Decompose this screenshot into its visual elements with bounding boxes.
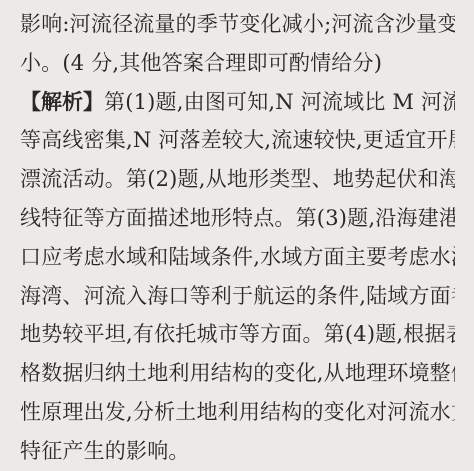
text-line-content: 影响:河流径流量的季节变化减小;河流含沙量变 <box>20 12 455 36</box>
text-line-content: 第(1)题,由图可知,N 河流域比 M 河流域 <box>104 90 455 114</box>
text-line: 线特征等方面描述地形特点。第(3)题,沿海建港 <box>20 199 455 238</box>
text-line: 海湾、河流入海口等利于航运的条件,陆域方面考虑 <box>20 277 455 316</box>
text-line: 【解析】第(1)题,由图可知,N 河流域比 M 河流域 <box>20 83 455 122</box>
text-line-content: 地势较平坦,有依托城市等方面。第(4)题,根据表 <box>20 322 455 346</box>
text-line: 地势较平坦,有依托城市等方面。第(4)题,根据表 <box>20 315 455 354</box>
text-line: 格数据归纳土地利用结构的变化,从地理环境整体 <box>20 354 455 393</box>
text-line-content: 性原理出发,分析土地利用结构的变化对河流水文 <box>20 400 455 424</box>
text-line-content: 线特征等方面描述地形特点。第(3)题,沿海建港 <box>20 206 455 230</box>
text-line-content: 格数据归纳土地利用结构的变化,从地理环境整体 <box>20 361 455 385</box>
text-line-content: 海湾、河流入海口等利于航运的条件,陆域方面考虑 <box>20 284 455 308</box>
text-line-content: 小。(4 分,其他答案合理即可酌情给分) <box>20 51 382 75</box>
text-line-content: 漂流活动。第(2)题,从地形类型、地势起伏和海岸 <box>20 167 455 191</box>
text-line-content: 特征产生的影响。 <box>20 439 190 463</box>
text-line: 影响:河流径流量的季节变化减小;河流含沙量变 <box>20 5 455 44</box>
text-line: 等高线密集,N 河落差较大,流速较快,更适宜开展 <box>20 121 455 160</box>
text-line: 口应考虑水域和陆域条件,水域方面主要考虑水深、 <box>20 238 455 277</box>
text-line: 小。(4 分,其他答案合理即可酌情给分) <box>20 44 455 83</box>
analysis-label: 【解析】 <box>20 90 104 114</box>
text-line: 特征产生的影响。 <box>20 432 455 471</box>
text-line-content: 等高线密集,N 河落差较大,流速较快,更适宜开展 <box>20 128 455 152</box>
document-page: 影响:河流径流量的季节变化减小;河流含沙量变 小。(4 分,其他答案合理即可酌情… <box>0 0 474 471</box>
text-line-content: 口应考虑水域和陆域条件,水域方面主要考虑水深、 <box>20 245 455 269</box>
text-line: 漂流活动。第(2)题,从地形类型、地势起伏和海岸 <box>20 160 455 199</box>
text-line: 性原理出发,分析土地利用结构的变化对河流水文 <box>20 393 455 432</box>
